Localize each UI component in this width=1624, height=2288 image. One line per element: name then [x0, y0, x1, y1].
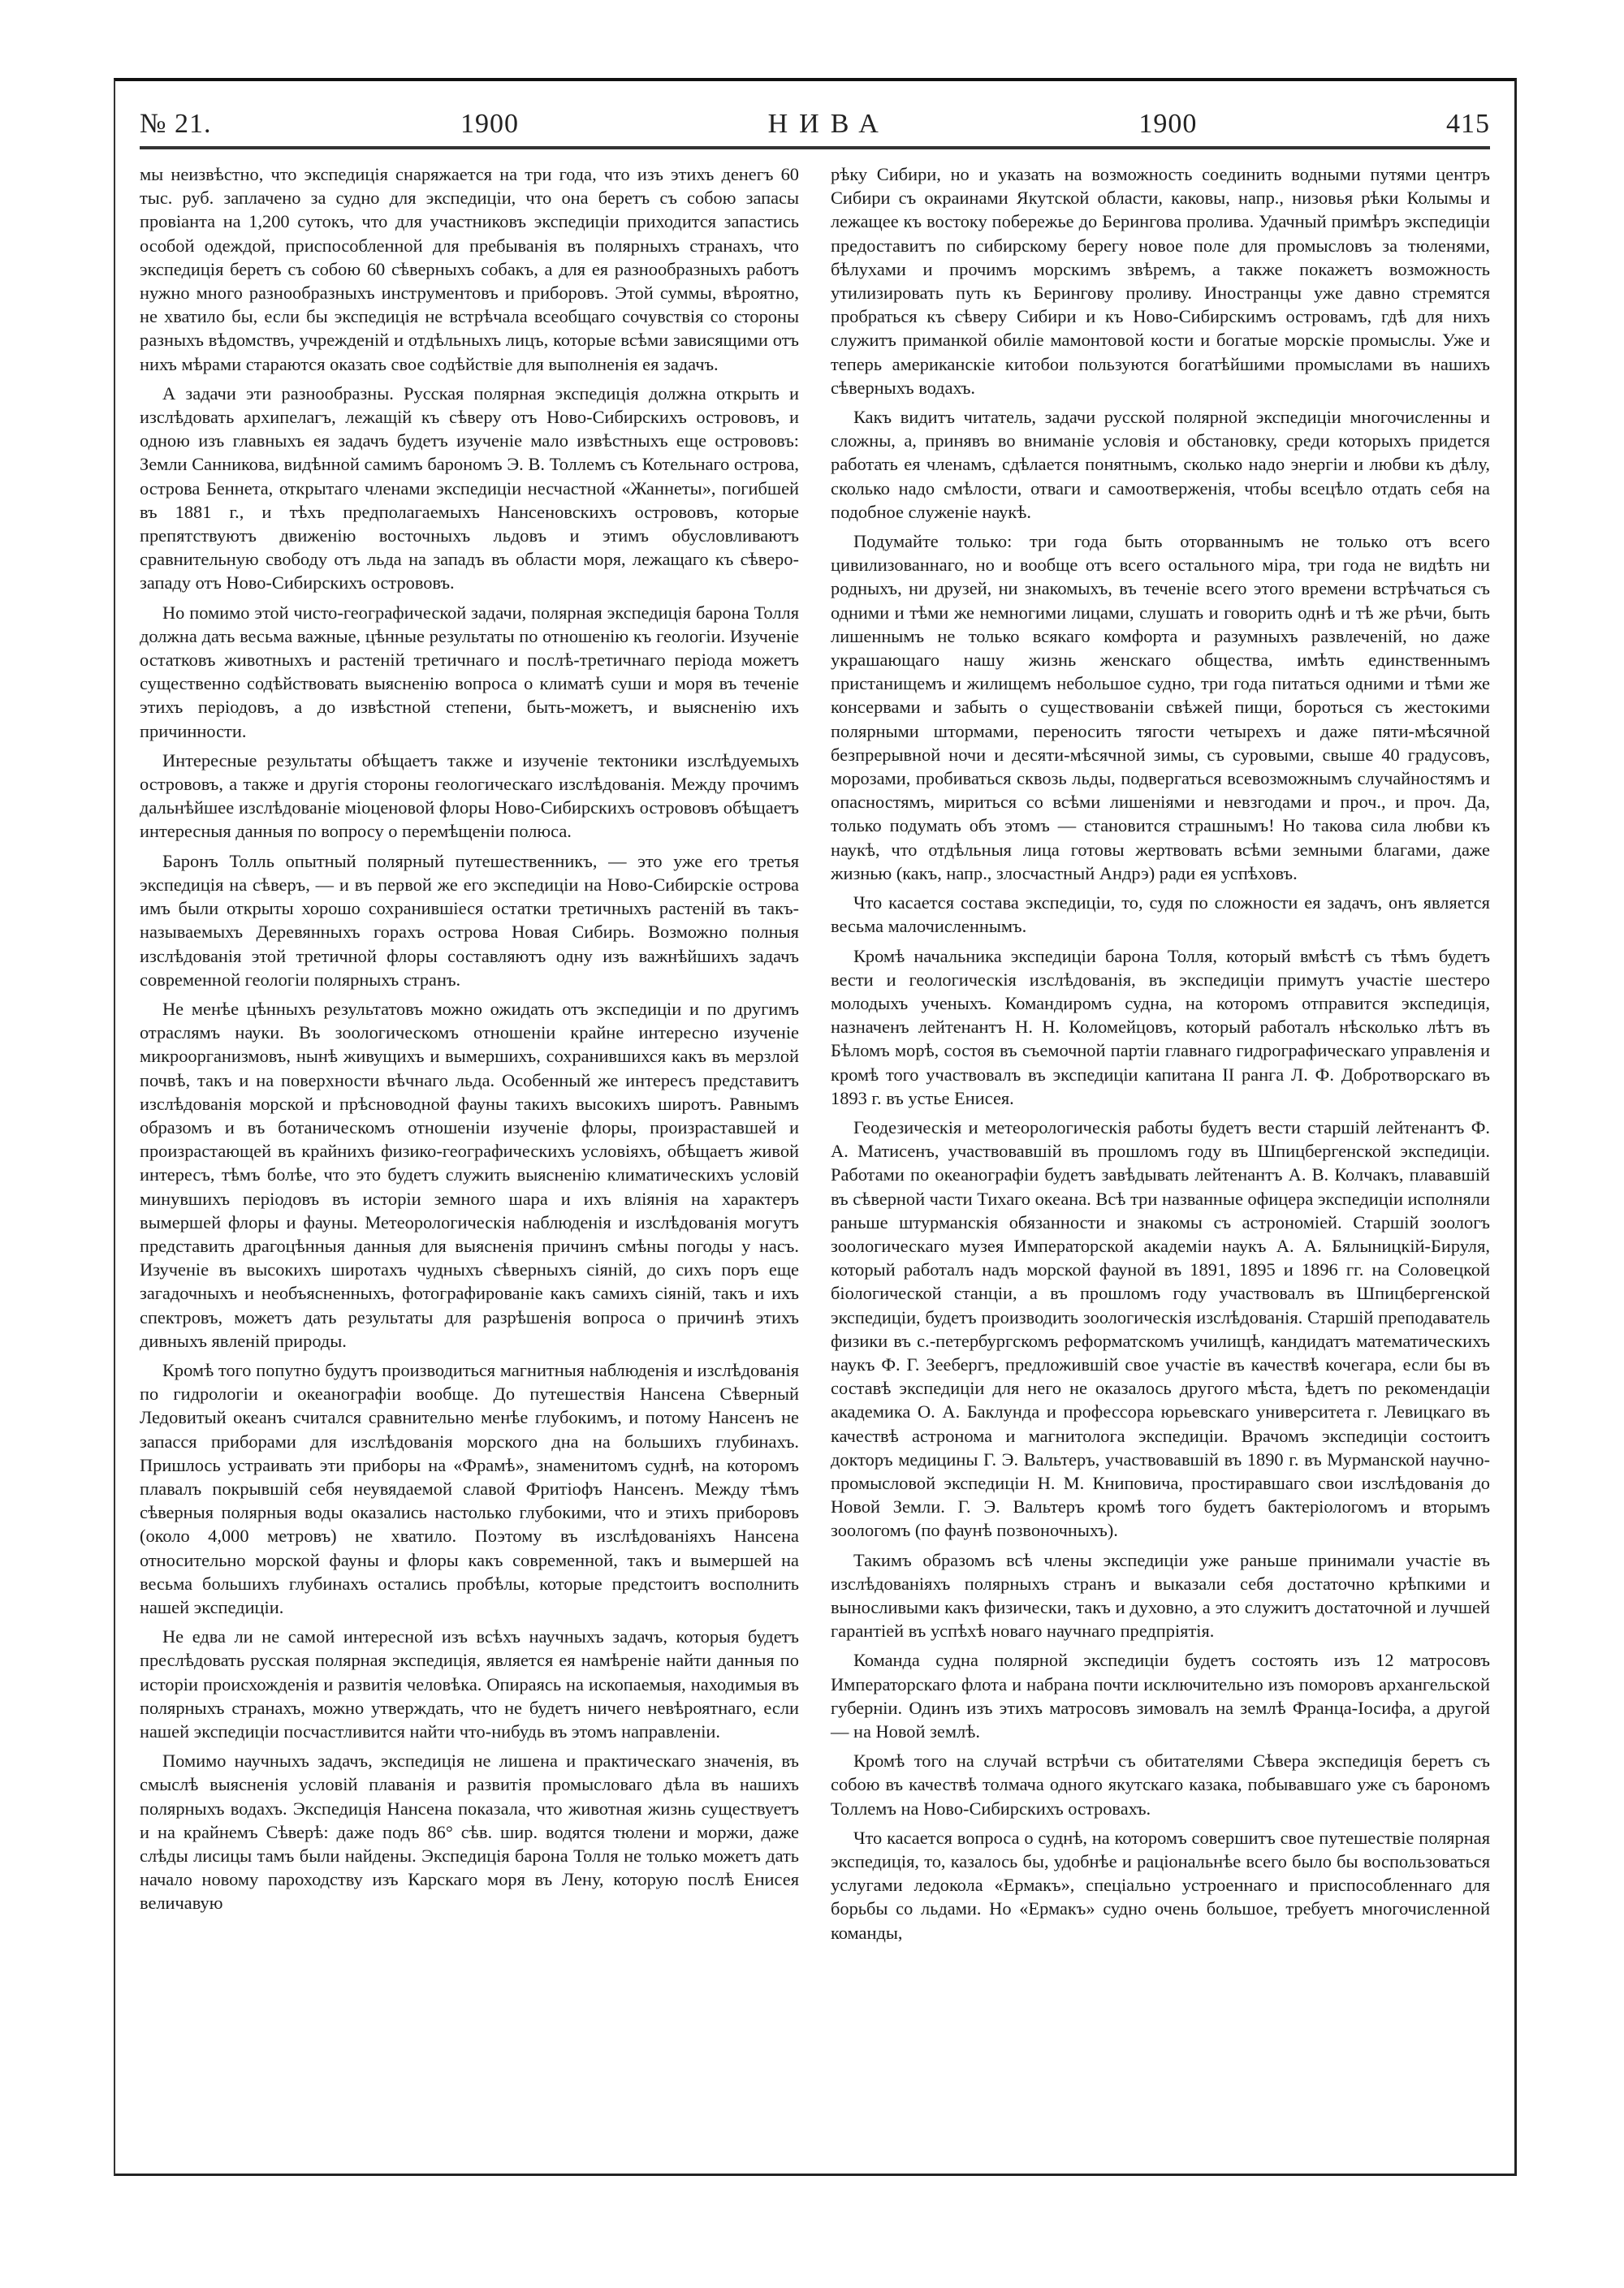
paragraph: мы неизвѣстно, что экспедиція снаряжаетс…: [140, 162, 799, 376]
page-frame: № 21. 1900 НИВА 1900 415 мы неизвѣстно, …: [114, 78, 1517, 2176]
year-left: 1900: [460, 109, 519, 140]
article-columns: мы неизвѣстно, что экспедиція снаряжаетс…: [140, 162, 1490, 2125]
column-left: мы неизвѣстно, что экспедиція снаряжаетс…: [140, 162, 799, 2125]
paragraph: Команда судна полярной экспедиціи будетъ…: [831, 1648, 1490, 1743]
paragraph: Баронъ Толль опытный полярный путешестве…: [140, 849, 799, 991]
paragraph: Такимъ образомъ всѣ члены экспедиціи уже…: [831, 1548, 1490, 1643]
paragraph: Какъ видитъ читатель, задачи русской пол…: [831, 405, 1490, 524]
year-right: 1900: [1138, 109, 1197, 140]
paragraph: Что касается состава экспедиціи, то, суд…: [831, 891, 1490, 938]
paragraph: Кромѣ того на случай встрѣчи съ обитател…: [831, 1749, 1490, 1820]
page-number: 415: [1446, 109, 1490, 140]
paragraph: Подумайте только: три года быть оторванн…: [831, 529, 1490, 885]
paragraph: Интересные результаты обѣщаетъ также и и…: [140, 749, 799, 844]
paragraph: А задачи эти разнообразны. Русская поляр…: [140, 382, 799, 595]
column-right: рѣку Сибири, но и указать на возможность…: [831, 162, 1490, 2125]
paragraph: Что касается вопроса о суднѣ, на котором…: [831, 1826, 1490, 1945]
paragraph: Кромѣ начальника экспедиціи барона Толля…: [831, 944, 1490, 1110]
issue-number: № 21.: [140, 109, 211, 140]
paragraph: рѣку Сибири, но и указать на возможность…: [831, 162, 1490, 399]
paragraph: Помимо научныхъ задачъ, экспедиція не ли…: [140, 1749, 799, 1915]
paragraph: Но помимо этой чисто-географической зада…: [140, 601, 799, 743]
paragraph: Геодезическія и метеорологическія работы…: [831, 1116, 1490, 1543]
header-rule: [140, 146, 1490, 149]
magazine-title: НИВА: [768, 109, 890, 140]
paragraph: Не менѣе цѣнныхъ результатовъ можно ожид…: [140, 997, 799, 1353]
paragraph: Кромѣ того попутно будутъ производиться …: [140, 1358, 799, 1619]
page-header: № 21. 1900 НИВА 1900 415: [140, 104, 1490, 145]
paragraph: Не едва ли не самой интересной изъ всѣхъ…: [140, 1625, 799, 1743]
